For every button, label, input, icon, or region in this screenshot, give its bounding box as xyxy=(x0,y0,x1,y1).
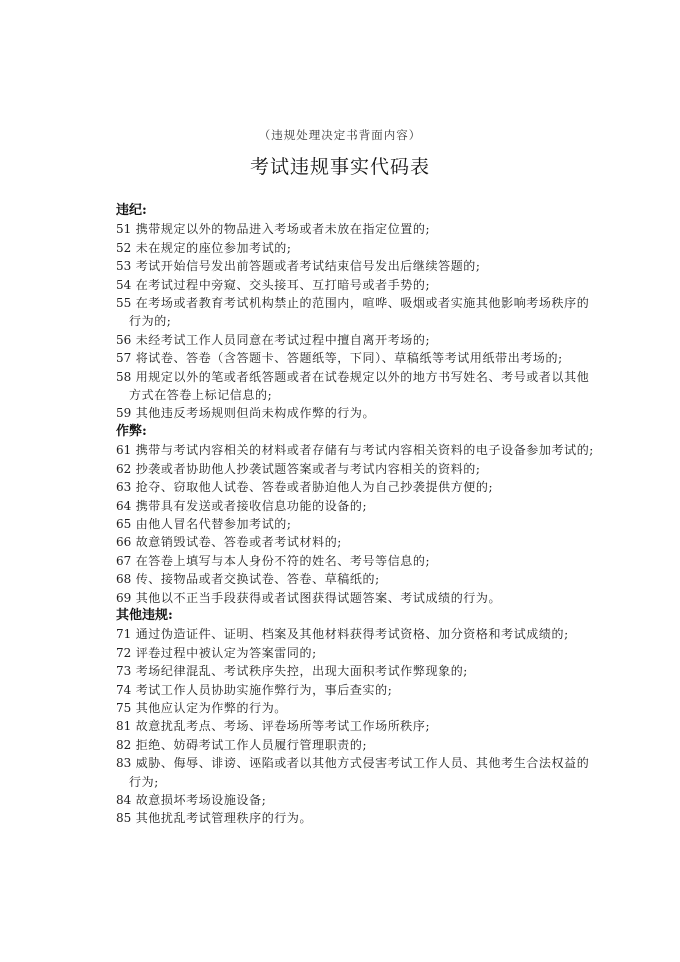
item-text: 考场纪律混乱、考试秩序失控，出现大面积考试作弊现象的; xyxy=(136,664,468,678)
list-item: 66 故意销毁试卷、答卷或者考试材料的; xyxy=(116,533,596,551)
item-text: 用规定以外的笔或者纸答题或者在试卷规定以外的地方书写姓名、考号或者以其他方式在答… xyxy=(129,370,589,402)
item-text: 评卷过程中被认定为答案雷同的; xyxy=(136,646,317,660)
list-item: 63 抢夺、窃取他人试卷、答卷或者胁迫他人为自己抄袭提供方便的; xyxy=(116,478,596,496)
item-code: 55 xyxy=(116,296,131,310)
item-text: 在考场或者教育考试机构禁止的范围内，喧哗、吸烟或者实施其他影响考场秩序的行为的; xyxy=(129,296,589,328)
item-code: 51 xyxy=(116,222,131,236)
item-code: 66 xyxy=(116,535,131,549)
item-text: 未经考试工作人员同意在考试过程中擅自离开考场的; xyxy=(136,333,430,347)
item-code: 82 xyxy=(116,738,131,752)
item-code: 73 xyxy=(116,664,131,678)
item-text: 携带具有发送或者接收信息功能的设备的; xyxy=(136,499,367,513)
list-item: 71 通过伪造证件、证明、档案及其他材料获得考试资格、加分资格和考试成绩的; xyxy=(116,625,596,643)
item-text: 由他人冒名代替参加考试的; xyxy=(136,517,292,531)
list-item: 85 其他扰乱考试管理秩序的行为。 xyxy=(116,809,596,827)
item-code: 81 xyxy=(116,719,131,733)
item-text: 考试工作人员协助实施作弊行为，事后查实的; xyxy=(136,683,393,697)
list-item: 84 故意损坏考场设施设备; xyxy=(116,791,596,809)
document-title: 考试违规事实代码表 xyxy=(0,152,680,179)
section-heading-discipline: 违纪: xyxy=(116,202,596,220)
violation-code-list: 违纪: 51 携带规定以外的物品进入考场或者未放在指定位置的; 52 未在规定的… xyxy=(116,202,596,828)
item-code: 63 xyxy=(116,480,131,494)
item-text: 考试开始信号发出前答题或者考试结束信号发出后继续答题的; xyxy=(136,259,481,273)
item-code: 59 xyxy=(116,406,131,420)
item-code: 84 xyxy=(116,793,131,807)
list-item: 61 携带与考试内容相关的材料或者存储有与考试内容相关资料的电子设备参加考试的; xyxy=(116,441,596,459)
item-code: 68 xyxy=(116,572,131,586)
list-item: 65 由他人冒名代替参加考试的; xyxy=(116,515,596,533)
section-heading-other-violations: 其他违规: xyxy=(116,607,596,625)
item-code: 71 xyxy=(116,627,131,641)
list-item: 73 考场纪律混乱、考试秩序失控，出现大面积考试作弊现象的; xyxy=(116,662,596,680)
item-text: 在考试过程中旁窥、交头接耳、互打暗号或者手势的; xyxy=(136,278,430,292)
item-text: 在答卷上填写与本人身份不符的姓名、考号等信息的; xyxy=(136,554,430,568)
list-item: 72 评卷过程中被认定为答案雷同的; xyxy=(116,644,596,662)
item-code: 57 xyxy=(116,351,131,365)
item-text: 通过伪造证件、证明、档案及其他材料获得考试资格、加分资格和考试成绩的; xyxy=(136,627,569,641)
item-text: 故意损坏考场设施设备; xyxy=(136,793,267,807)
list-item: 54 在考试过程中旁窥、交头接耳、互打暗号或者手势的; xyxy=(116,276,596,294)
item-code: 62 xyxy=(116,462,131,476)
item-text: 故意扰乱考点、考场、评卷场所等考试工作场所秩序; xyxy=(136,719,430,733)
list-item: 64 携带具有发送或者接收信息功能的设备的; xyxy=(116,497,596,515)
list-item: 56 未经考试工作人员同意在考试过程中擅自离开考场的; xyxy=(116,331,596,349)
item-code: 69 xyxy=(116,591,131,605)
list-item: 75 其他应认定为作弊的行为。 xyxy=(116,699,596,717)
item-text: 其他应认定为作弊的行为。 xyxy=(136,701,287,715)
item-code: 61 xyxy=(116,443,131,457)
list-item: 51 携带规定以外的物品进入考场或者未放在指定位置的; xyxy=(116,220,596,238)
item-code: 52 xyxy=(116,241,131,255)
item-text: 威胁、侮辱、诽谤、诬陷或者以其他方式侵害考试工作人员、其他考生合法权益的行为; xyxy=(129,756,589,788)
section-heading-cheating: 作弊: xyxy=(116,423,596,441)
item-code: 72 xyxy=(116,646,131,660)
item-text: 携带规定以外的物品进入考场或者未放在指定位置的; xyxy=(136,222,430,236)
item-code: 83 xyxy=(116,756,131,770)
list-item: 81 故意扰乱考点、考场、评卷场所等考试工作场所秩序; xyxy=(116,717,596,735)
list-item: 62 抄袭或者协助他人抄袭试题答案或者与考试内容相关的资料的; xyxy=(116,460,596,478)
item-code: 58 xyxy=(116,370,131,384)
item-text: 未在规定的座位参加考试的; xyxy=(136,241,292,255)
item-text: 故意销毁试卷、答卷或者考试材料的; xyxy=(136,535,342,549)
item-code: 64 xyxy=(116,499,131,513)
list-item: 52 未在规定的座位参加考试的; xyxy=(116,239,596,257)
list-item: 53 考试开始信号发出前答题或者考试结束信号发出后继续答题的; xyxy=(116,257,596,275)
item-text: 拒绝、妨碍考试工作人员履行管理职责的; xyxy=(136,738,367,752)
list-item: 67 在答卷上填写与本人身份不符的姓名、考号等信息的; xyxy=(116,552,596,570)
list-item: 82 拒绝、妨碍考试工作人员履行管理职责的; xyxy=(116,736,596,754)
item-code: 65 xyxy=(116,517,131,531)
item-text: 抄袭或者协助他人抄袭试题答案或者与考试内容相关的资料的; xyxy=(136,462,481,476)
item-text: 传、接物品或者交换试卷、答卷、草稿纸的; xyxy=(136,572,380,586)
list-item: 55 在考场或者教育考试机构禁止的范围内，喧哗、吸烟或者实施其他影响考场秩序的行… xyxy=(116,294,596,331)
list-item: 68 传、接物品或者交换试卷、答卷、草稿纸的; xyxy=(116,570,596,588)
item-code: 54 xyxy=(116,278,131,292)
item-text: 抢夺、窃取他人试卷、答卷或者胁迫他人为自己抄袭提供方便的; xyxy=(136,480,493,494)
document-subtitle: （违规处理决定书背面内容） xyxy=(0,127,680,143)
item-code: 74 xyxy=(116,683,131,697)
item-code: 75 xyxy=(116,701,131,715)
item-code: 85 xyxy=(116,811,131,825)
item-code: 56 xyxy=(116,333,131,347)
list-item: 74 考试工作人员协助实施作弊行为，事后查实的; xyxy=(116,681,596,699)
item-text: 其他扰乱考试管理秩序的行为。 xyxy=(136,811,312,825)
list-item: 59 其他违反考场规则但尚未构成作弊的行为。 xyxy=(116,404,596,422)
item-text: 其他违反考场规则但尚未构成作弊的行为。 xyxy=(136,406,375,420)
item-code: 53 xyxy=(116,259,131,273)
item-code: 67 xyxy=(116,554,131,568)
item-text: 携带与考试内容相关的材料或者存储有与考试内容相关资料的电子设备参加考试的; xyxy=(136,443,594,457)
list-item: 83 威胁、侮辱、诽谤、诬陷或者以其他方式侵害考试工作人员、其他考生合法权益的行… xyxy=(116,754,596,791)
item-text: 其他以不正当手段获得或者试图获得试题答案、考试成绩的行为。 xyxy=(136,591,501,605)
list-item: 69 其他以不正当手段获得或者试图获得试题答案、考试成绩的行为。 xyxy=(116,589,596,607)
list-item: 58 用规定以外的笔或者纸答题或者在试卷规定以外的地方书写姓名、考号或者以其他方… xyxy=(116,368,596,405)
list-item: 57 将试卷、答卷（含答题卡、答题纸等，下同）、草稿纸等考试用纸带出考场的; xyxy=(116,349,596,367)
item-text: 将试卷、答卷（含答题卡、答题纸等，下同）、草稿纸等考试用纸带出考场的; xyxy=(136,351,563,365)
